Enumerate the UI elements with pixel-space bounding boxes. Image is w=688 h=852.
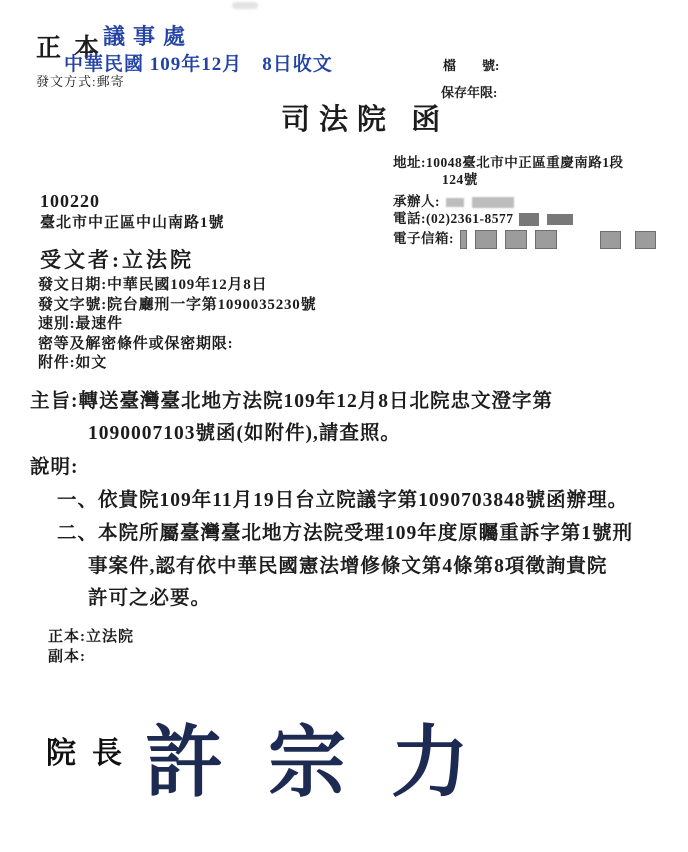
sender-contact-line: 承辦人: bbox=[393, 193, 658, 210]
redaction-block bbox=[446, 198, 464, 207]
file-number-label: 檔 號: bbox=[443, 55, 499, 74]
security-line: 密等及解密條件或保密期限: bbox=[38, 335, 316, 355]
doc-number-line: 發文字號:院台廳刑一字第1090035230號 bbox=[38, 296, 316, 316]
sender-address-line2: 124號 bbox=[393, 171, 658, 188]
redaction-block bbox=[475, 230, 497, 249]
redaction-block bbox=[535, 230, 557, 249]
recipient-zip-code: 100220 bbox=[40, 191, 100, 212]
subject-line-1: 主旨:轉送臺灣臺北地方法院109年12月8日北院忠文澄字第 bbox=[30, 385, 553, 413]
subject-line-2: 1090007103號函(如附件),請查照。 bbox=[88, 417, 401, 445]
explanation-item-1: 一、依貴院109年11月19日台立院議字第1090703848號函辦理。 bbox=[57, 484, 628, 512]
document-meta-block: 發文日期:中華民國109年12月8日 發文字號:院台廳刑一字第109003523… bbox=[38, 276, 316, 374]
dispatch-method-label: 發文方式:郵寄 bbox=[36, 71, 125, 90]
retention-period-label: 保存年限: bbox=[441, 82, 497, 101]
sender-address-line1: 地址:10048臺北市中正區重慶南路1段 bbox=[393, 154, 658, 171]
redaction-block bbox=[460, 230, 467, 249]
explanation-label: 說明: bbox=[30, 451, 79, 479]
explanation-item-2-line2: 事案件,認有依中華民國憲法增修條文第4條第8項徵詢貴院 bbox=[88, 550, 607, 578]
redaction-block bbox=[635, 231, 656, 249]
attachment-line: 附件:如文 bbox=[38, 354, 316, 374]
scan-artifact bbox=[232, 2, 258, 9]
redaction-block bbox=[547, 214, 573, 225]
email-label: 電子信箱: bbox=[393, 231, 454, 246]
redaction-block bbox=[472, 197, 514, 208]
sender-info-block: 地址:10048臺北市中正區重慶南路1段 124號 承辦人: 電話:(02)23… bbox=[393, 154, 658, 247]
president-title-label: 院長 bbox=[46, 728, 138, 772]
phone-label: 電話:(02)2361-8577 bbox=[393, 211, 513, 226]
sender-email-line: 電子信箱: bbox=[393, 230, 658, 247]
redaction-block bbox=[505, 230, 527, 249]
issue-date-line: 發文日期:中華民國109年12月8日 bbox=[38, 276, 316, 296]
redaction-block bbox=[519, 213, 539, 226]
document-title: 司法院 函 bbox=[281, 97, 449, 138]
contact-person-label: 承辦人: bbox=[393, 194, 440, 209]
original-copy-recipient: 正本:立法院 bbox=[48, 625, 134, 646]
explanation-item-2-line1: 二、本院所屬臺灣臺北地方法院受理109年度原矚重訴字第1號刑 bbox=[57, 517, 633, 545]
addressee-line: 受文者:立法院 bbox=[40, 244, 194, 274]
duplicate-copy-recipient: 副本: bbox=[48, 645, 86, 666]
redaction-block bbox=[600, 231, 621, 249]
scanned-official-letter: 正本 議事處 中華民國 109年12月 8日收文 發文方式:郵寄 檔 號: 保存… bbox=[0, 0, 688, 852]
sender-phone-line: 電話:(02)2361-8577 bbox=[393, 210, 658, 227]
recipient-address: 臺北市中正區中山南路1號 bbox=[40, 211, 225, 232]
president-signature: 許宗力 bbox=[145, 700, 514, 812]
priority-line: 速別:最速件 bbox=[38, 315, 316, 335]
assembly-office-stamp: 議事處 bbox=[103, 20, 193, 51]
explanation-item-2-line3: 許可之必要。 bbox=[88, 582, 211, 610]
